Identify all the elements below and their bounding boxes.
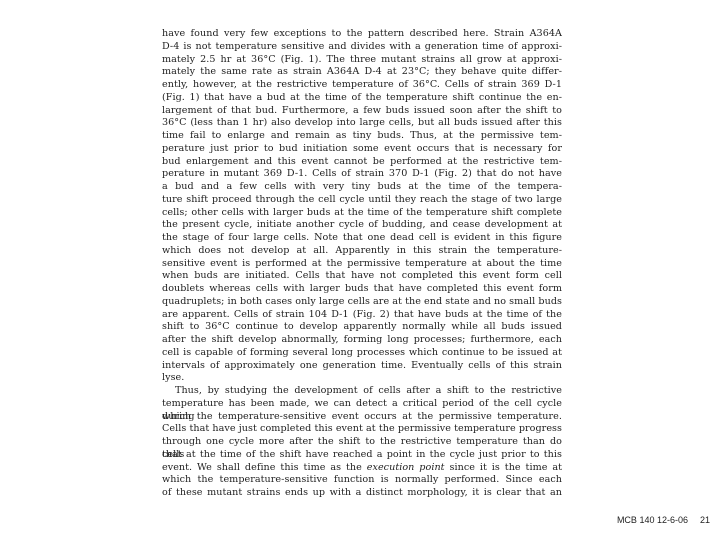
text-line: intervals of approximately one generatio… (162, 360, 562, 373)
text-line: cell is capable of forming several long … (162, 347, 562, 360)
text-line: that at the time of the shift have reach… (162, 449, 562, 462)
text-line: shift to 36°C continue to develop appare… (162, 321, 562, 334)
text-line: quadruplets; in both cases only large ce… (162, 296, 562, 309)
text-line: through one cycle more after the shift t… (162, 436, 562, 449)
text-line: (Fig. 1) that have a bud at the time of … (162, 92, 562, 105)
text-line: which the temperature-sensitive event oc… (162, 411, 562, 424)
footer-course-label: MCB 140 12-6-06 (617, 515, 688, 525)
text-line: ently, however, at the restrictive tempe… (162, 79, 562, 92)
text-line: D-4 is not temperature sensitive and div… (162, 41, 562, 54)
text-line: lyse. (162, 372, 562, 385)
text-line: mately 2.5 hr at 36°C (Fig. 1). The thre… (162, 54, 562, 67)
text-line: temperature has been made, we can detect… (162, 398, 562, 411)
text-line: perature just prior to bud initiation so… (162, 143, 562, 156)
text-line: are apparent. Cells of strain 104 D-1 (F… (162, 309, 562, 322)
text-line: which the temperature-sensitive function… (162, 474, 562, 487)
text-line: the present cycle, initiate another cycl… (162, 219, 562, 232)
text-line: event. We shall define this time as the … (162, 462, 562, 475)
text-line: ture shift proceed through the cell cycl… (162, 194, 562, 207)
text-line: doublets whereas cells with larger buds … (162, 283, 562, 296)
text-line: 36°C (less than 1 hr) also develop into … (162, 117, 562, 130)
lecture-slide: have found very few exceptions to the pa… (0, 0, 720, 540)
text-line: Thus, by studying the development of cel… (162, 385, 562, 398)
text-line: when buds are initiated. Cells that have… (162, 270, 562, 283)
text-line: have found very few exceptions to the pa… (162, 28, 562, 41)
text-line: after the shift develop abnormally, form… (162, 334, 562, 347)
text-line: mately the same rate as strain A364A D-4… (162, 66, 562, 79)
text-line: bud enlargement and this event cannot be… (162, 156, 562, 169)
text-line: largement of that bud. Furthermore, a fe… (162, 105, 562, 118)
text-line: sensitive event is performed at the perm… (162, 258, 562, 271)
slide-footer: MCB 140 12-6-06 21 (617, 515, 710, 525)
text-line: the stage of four large cells. Note that… (162, 232, 562, 245)
text-line: which does not develop at all. Apparentl… (162, 245, 562, 258)
text-line: time fail to enlarge and remain as tiny … (162, 130, 562, 143)
text-line: cells; other cells with larger buds at t… (162, 207, 562, 220)
text-line: a bud and a few cells with very tiny bud… (162, 181, 562, 194)
text-line: Cells that have just completed this even… (162, 423, 562, 436)
paper-scan: have found very few exceptions to the pa… (162, 28, 562, 500)
text-line: of these mutant strains ends up with a d… (162, 487, 562, 500)
text-line: perature in mutant 369 D-1. Cells of str… (162, 168, 562, 181)
footer-page-number: 21 (700, 515, 710, 525)
